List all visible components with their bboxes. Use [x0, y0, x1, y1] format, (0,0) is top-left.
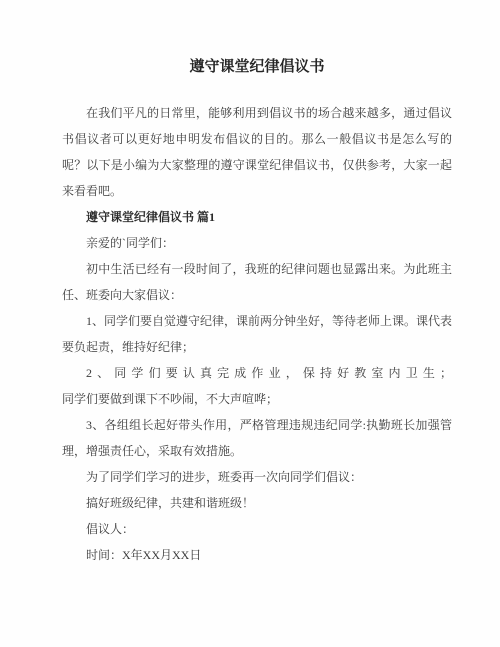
- date-line: 时间：X年XX月XX日: [62, 542, 452, 568]
- list-item-2-line-1: 2、同学们要认真完成作业，保持好教室内卫生；: [62, 360, 452, 386]
- list-item-2-line-2: 同学们要做到课下不吵闹，不大声喧哗；: [62, 386, 452, 412]
- list-item-3: 3、各组组长起好带头作用，严格管理违规违纪同学:执勤班长加强管理，增强责任心，采…: [62, 412, 452, 464]
- greeting-line: 亲爱的`同学们：: [62, 230, 452, 256]
- list-item-1: 1、同学们要自觉遵守纪律，课前两分钟坐好，等待老师上课。课代表要负起责，维持好纪…: [62, 308, 452, 360]
- appeal-paragraph: 为了同学们学习的进步，班委再一次向同学们倡议：: [62, 464, 452, 490]
- signature-label: 倡议人：: [62, 516, 452, 542]
- slogan-line: 搞好班级纪律，共建和谐班级！: [62, 490, 452, 516]
- intro-paragraph: 在我们平凡的日常里，能够利用到倡议书的场合越来越多，通过倡议书倡议者可以更好地申…: [62, 100, 452, 204]
- document-title: 遵守课堂纪律倡议书: [62, 54, 452, 80]
- document-page: 遵守课堂纪律倡议书 在我们平凡的日常里，能够利用到倡议书的场合越来越多，通过倡议…: [0, 0, 500, 647]
- list-item-2: 2、同学们要认真完成作业，保持好教室内卫生； 同学们要做到课下不吵闹，不大声喧哗…: [62, 360, 452, 412]
- opening-paragraph: 初中生活已经有一段时间了，我班的纪律问题也显露出来。为此班主任、班委向大家倡议：: [62, 256, 452, 308]
- section-heading: 遵守课堂纪律倡议书 篇1: [62, 204, 452, 230]
